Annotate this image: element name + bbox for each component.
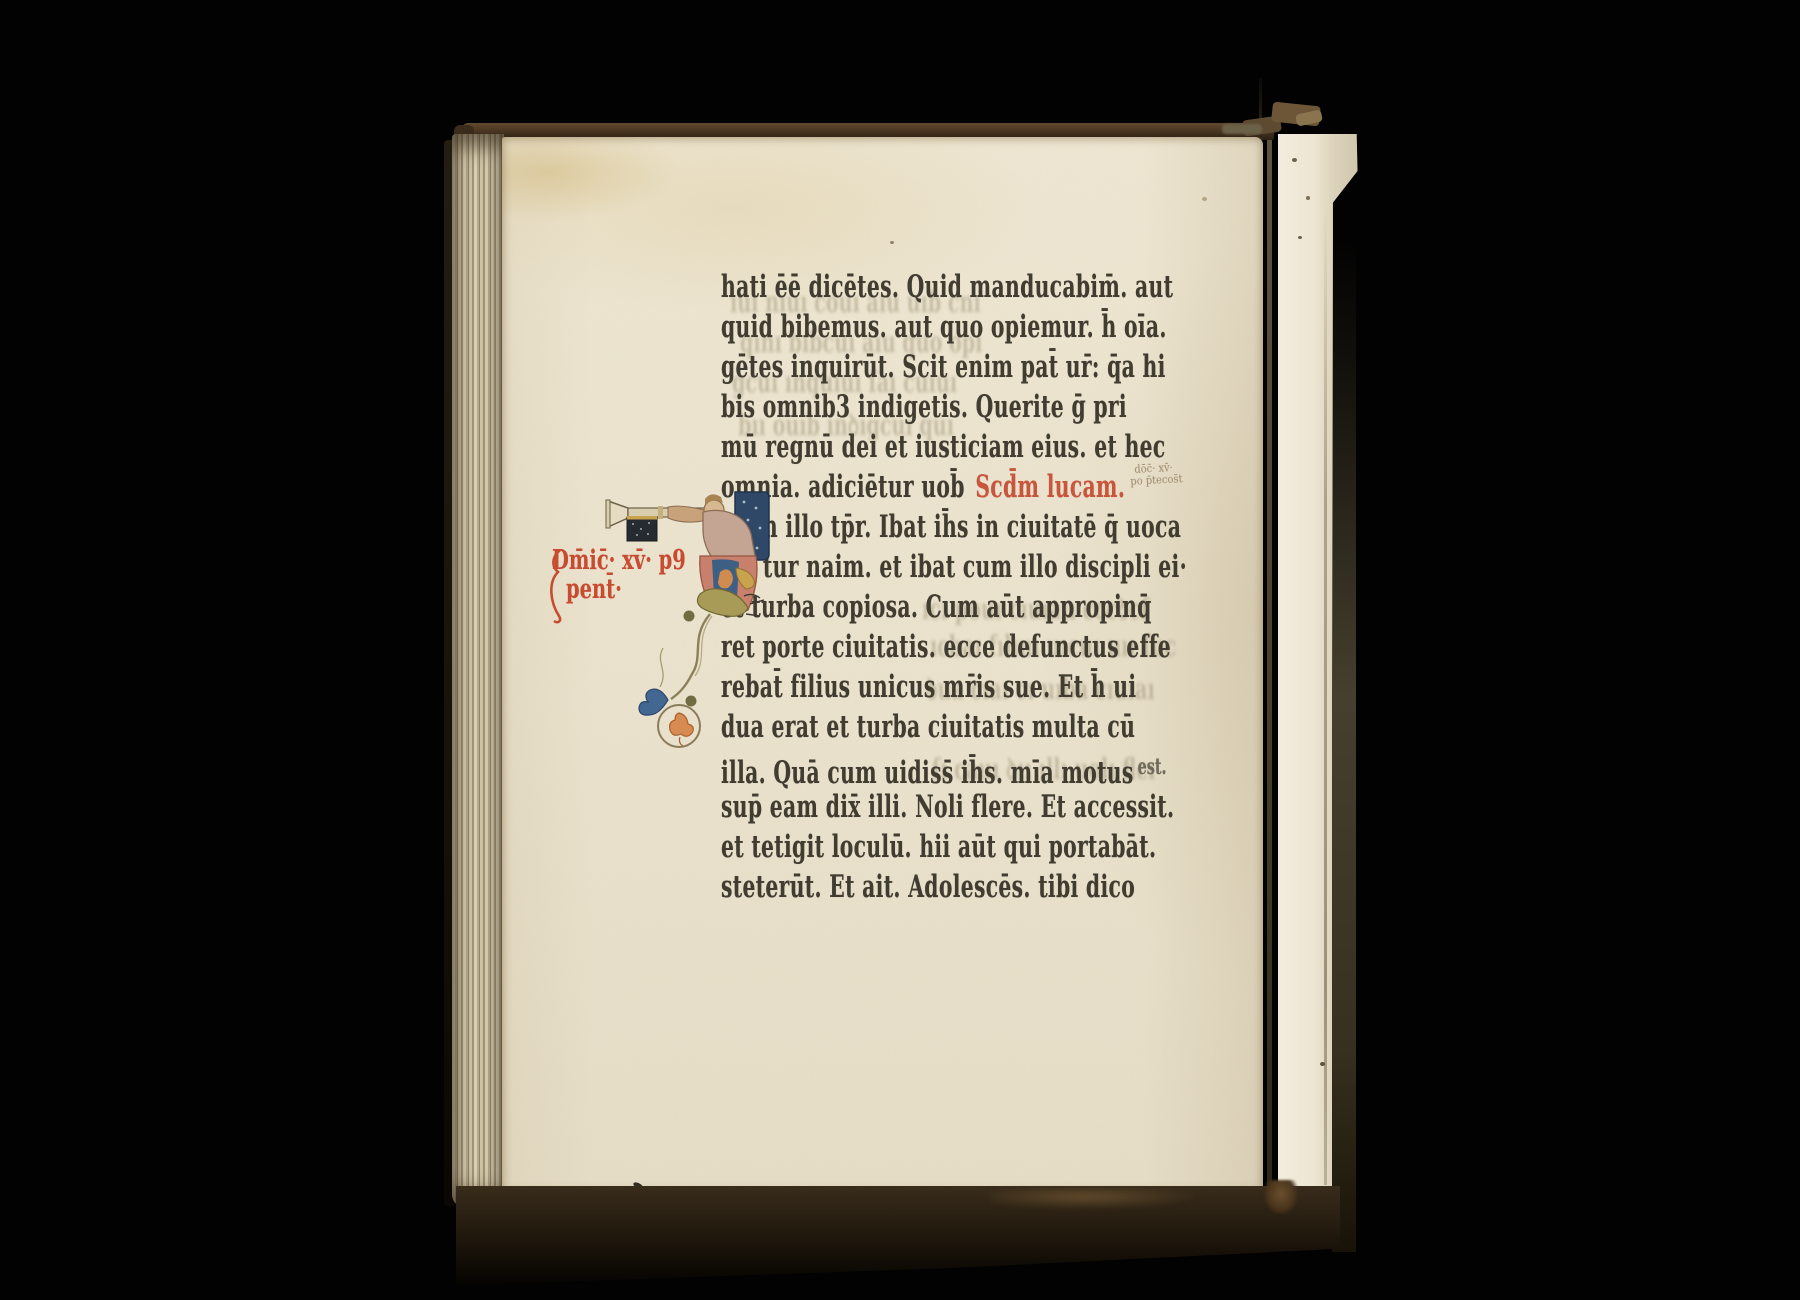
text-line: mū regnū dei et iusticiam eius. et hec [721,427,1166,467]
gutter-shadow-line [1267,140,1272,1188]
ink-speck [1298,236,1302,239]
text-line: sup̄ eam dix̄ illi. Noli flere. Et acces… [721,787,1166,827]
red-paraph-mark [551,550,560,622]
text-line: rebat̄ filius unicus mr̄is sue. Et h̄ ui [721,667,1166,707]
parchment-page: ıuı nıuı couı aıu uıb cnı qını bıbcuı aı… [502,137,1263,1195]
bottom-board-edge [456,1186,1340,1294]
text-line: illa. Quā cum uidiss̄ ih̄s. mīa motusest… [721,747,1166,787]
text-line: et tetigit loculū. hii aūt qui portabāt. [721,827,1166,867]
ink-speck [1320,1062,1325,1066]
ink-speck [890,241,894,244]
interlinear-addition: est. [1138,754,1167,780]
text-line: n illo tp̄r. Ibat ih̄s in ciuitatē q̄ uo… [721,507,1166,547]
text-line: quid bibemus. aut quo opiemur. h̄ oīa. [721,307,1166,347]
text-line: et turba copiosa. Cum aūt appropinq̄ [721,587,1166,627]
foliate-tail [639,589,764,747]
headband [1222,124,1262,134]
ink-speck [1292,158,1297,162]
text-line: bis omnib3 indigetis. Querite ḡ pri [721,387,1166,427]
cursive-margin-note-line2: po p̄tecos̄t [1130,472,1183,488]
leaf-edges [452,134,504,1208]
rubric-secundum-lucam: Scd̄m lucam. [975,469,1125,505]
manuscript-photo: ıuı nıuı couı aıu uıb cnı qını bıbcuı aı… [0,0,1800,1300]
ink-speck [1202,197,1207,201]
facing-page-crease [1324,210,1327,1185]
board-smudge [990,1188,1200,1210]
text-line: hati ēē dicētes. Quid manducabim̄. aut [721,267,1166,307]
gutter-foot-sewing [1264,1180,1298,1214]
text-line: omnia. adiciētur uob̄Scd̄m lucam. [721,467,1166,507]
text-line: steterūt. Et ait. Adolescēs. tibi dico [721,867,1166,907]
ink-speck [1306,196,1310,200]
illuminated-initial [545,480,777,768]
trumpet-bell [608,501,628,527]
text-line: gētes inquirūt. Scit enim pat̄ ur̄: q̄a … [721,347,1166,387]
text-line: ret porte ciuitatis. ecce defunctus effe [721,627,1166,667]
text-column: hati ēē dicētes. Quid manducabim̄. aut q… [721,267,1166,907]
text-line: tur naim. et ibat cum illo discipli ei· [721,547,1166,587]
text-line: dua erat et turba ciuitatis multa cū [721,707,1166,747]
text-line-segment: illa. Quā cum uidiss̄ ih̄s. mīa motus [721,755,1134,791]
orange-trefoil-ornament [670,713,694,736]
spine-shadow [1332,240,1356,1252]
